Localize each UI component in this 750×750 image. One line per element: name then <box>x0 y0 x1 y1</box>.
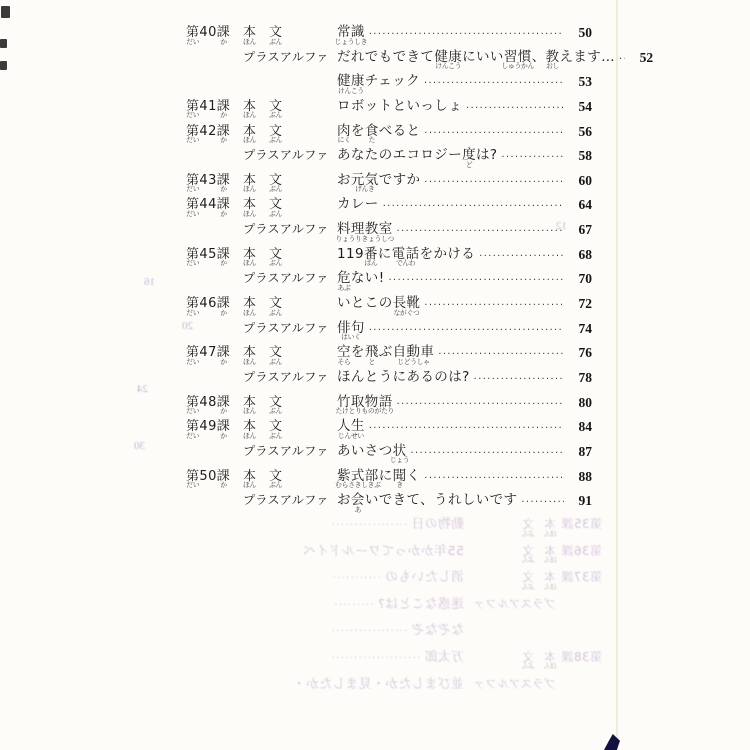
text-segment: 文ぶん <box>269 296 282 311</box>
text-segment: 文ぶん <box>269 25 282 40</box>
bleed-row: プラスアルファ迷惑なことは? <box>330 597 602 624</box>
text-segment: ロボットといっしょ <box>337 99 462 114</box>
lesson-number: 第だい46課か <box>186 296 243 311</box>
text-segment: 課か <box>217 99 230 114</box>
bleed-row: なぞなぞ <box>330 623 602 650</box>
furigana: か <box>220 211 227 218</box>
bleed-section-label: プラスアルファ <box>464 597 556 612</box>
bleed-entry-title: なぞなぞ <box>411 623 464 638</box>
dot-leader <box>369 321 564 336</box>
toc-row: プラスアルファほんとうにあるのは?78 <box>186 370 592 395</box>
furigana: だい <box>186 137 199 144</box>
lesson-number: 第だい45課か <box>186 247 243 262</box>
furigana: りょうりきょうしつ <box>336 236 394 243</box>
furigana: ぶん <box>522 557 535 564</box>
toc-row: 第だい42課か本ほん文ぶん肉にくを食たべると56 <box>186 124 592 149</box>
dot-leader <box>438 345 564 360</box>
page-number: 58 <box>566 148 592 163</box>
text-segment: 50 <box>199 469 216 484</box>
text-segment: 習慣しゅうかん <box>504 50 532 65</box>
bleed-section-label: 本ほん文ぶん <box>464 517 556 532</box>
dot-leader <box>424 173 564 188</box>
page-number: 56 <box>566 124 592 139</box>
text-segment: 第だい <box>186 395 199 410</box>
entry-title: あなたのエコロジー度どは? <box>337 148 497 163</box>
toc-row: 健康けんこうチェック53 <box>186 74 592 99</box>
furigana: だい <box>186 186 199 193</box>
bleed-row: 第37課本ほん文ぶん消したいもの <box>330 570 602 597</box>
furigana: しゅうかん <box>501 63 533 70</box>
text-segment: 本ほん <box>544 570 556 585</box>
lesson-number: 第だい43課か <box>186 173 243 188</box>
lesson-number: 第だい50課か <box>186 469 243 484</box>
page-number: 64 <box>566 197 592 212</box>
section-label: 本ほん文ぶん <box>243 247 337 262</box>
furigana: ぶん <box>522 531 535 538</box>
text-segment: 、 <box>532 50 546 65</box>
bleed-margin-number: 12 <box>556 220 567 232</box>
page-number: 91 <box>566 493 592 508</box>
page-number: 53 <box>566 74 592 89</box>
entry-title: 常識じょうしき <box>337 25 365 40</box>
table-of-contents: 第だい40課か本ほん文ぶん常識じょうしき50プラスアルファだれでもできて健康けん… <box>186 25 592 518</box>
furigana: ど <box>466 162 473 169</box>
lesson-number: 第だい42課か <box>186 124 243 139</box>
furigana: ほん <box>243 433 256 440</box>
lesson-number: 第だい44課か <box>186 197 243 212</box>
furigana: たけとりものがたり <box>336 408 394 415</box>
text-segment: 本ほん <box>243 395 256 410</box>
furigana: ほん <box>243 260 256 267</box>
bleed-entry-title: 迷惑なことは? <box>378 597 464 612</box>
section-label: 本ほん文ぶん <box>243 124 337 139</box>
furigana: だい <box>186 112 199 119</box>
lesson-number: 第だい49課か <box>186 419 243 434</box>
entry-title: 料理教室りょうりきょうしつ <box>337 222 393 237</box>
page-number: 72 <box>566 296 592 311</box>
text-segment: 課か <box>217 247 230 262</box>
entry-title: 竹取物語たけとりものがたり <box>337 395 393 410</box>
text-segment: 教おし <box>546 50 560 65</box>
text-segment: 40 <box>199 25 216 40</box>
dot-leader <box>424 74 564 89</box>
toc-row: 第だい43課か本ほん文ぶんお元気げんきですか60 <box>186 173 592 198</box>
toc-row: 第だい50課か本ほん文ぶん紫式部むらさきしきぶに聞きく88 <box>186 469 592 494</box>
toc-row: 第だい48課か本ほん文ぶん竹取物語たけとりものがたり80 <box>186 395 592 420</box>
text-segment: 本ほん <box>243 247 256 262</box>
text-segment: 空そら <box>337 345 351 360</box>
furigana: ぶん <box>269 112 282 119</box>
text-segment: 飛と <box>365 345 379 360</box>
reverse-page-bleed-through: 第35課本ほん文ぶん動物の日第36課本ほん文ぶん55年かかってワールドイベ第37… <box>330 517 602 703</box>
scanned-book-page: 第だい40課か本ほん文ぶん常識じょうしき50プラスアルファだれでもできて健康けん… <box>0 0 750 750</box>
furigana: あぶ <box>337 285 350 292</box>
paper-edge-line <box>616 0 618 750</box>
furigana: ぶん <box>269 137 282 144</box>
section-label: 本ほん文ぶん <box>243 296 337 311</box>
furigana: か <box>220 186 227 193</box>
bleed-lesson-number: 第35課 <box>556 517 602 532</box>
text-segment: 自動車じどうしゃ <box>393 345 435 360</box>
toc-row: 第だい47課か本ほん文ぶん空そらを飛とぶ自動車じどうしゃ76 <box>186 345 592 370</box>
dot-leader <box>383 197 564 212</box>
furigana: ほん <box>243 137 256 144</box>
furigana: か <box>220 310 227 317</box>
scanner-edge-mark <box>1 6 10 18</box>
furigana: だい <box>186 482 199 489</box>
dot-leader <box>424 296 564 311</box>
page-number: 88 <box>566 469 592 484</box>
entry-title: いとこの長靴ながぐつ <box>337 296 420 311</box>
toc-row: プラスアルファお会あいできて、うれしいです91 <box>186 493 592 518</box>
text-segment: 健康けんこう <box>337 74 365 89</box>
text-segment: 文ぶん <box>269 395 282 410</box>
text-segment: 文ぶん <box>522 544 534 559</box>
furigana: ほん <box>243 482 256 489</box>
furigana: じょう <box>390 457 410 464</box>
text-segment: いできて、うれしいです <box>365 493 518 508</box>
text-segment: に <box>379 469 393 484</box>
furigana: げんき <box>355 186 375 193</box>
text-segment: 竹取物語たけとりものがたり <box>337 395 393 410</box>
text-segment: チェック <box>365 74 420 89</box>
furigana: ぶん <box>269 260 282 267</box>
text-segment: いとこの <box>337 296 393 311</box>
entry-title: ほんとうにあるのは? <box>337 370 470 385</box>
text-segment: 48 <box>199 395 216 410</box>
dot-leader <box>424 124 564 139</box>
text-segment: 人生じんせい <box>337 419 365 434</box>
text-segment: 第だい <box>186 197 199 212</box>
entry-title: お会あいできて、うれしいです <box>337 493 517 508</box>
text-segment: 長靴ながぐつ <box>393 296 421 311</box>
text-segment: 46 <box>199 296 216 311</box>
text-segment: お <box>337 493 351 508</box>
bleed-dot-leader <box>332 517 407 531</box>
entry-title: 健康けんこうチェック <box>337 74 420 89</box>
bleed-row: 第36課本ほん文ぶん55年かかってワールドイベ <box>330 544 602 571</box>
text-segment: 第だい <box>186 419 199 434</box>
dot-leader <box>369 25 564 40</box>
furigana: だい <box>186 310 199 317</box>
text-segment: ぶ <box>379 345 393 360</box>
text-segment: えます… <box>559 50 615 65</box>
entry-title: 空そらを飛とぶ自動車じどうしゃ <box>337 345 434 360</box>
dot-leader <box>479 247 564 262</box>
text-segment: を <box>351 345 365 360</box>
dot-leader <box>521 493 564 508</box>
text-segment: お <box>337 173 351 188</box>
dot-leader <box>369 419 564 434</box>
text-segment: あいさつ <box>337 444 393 459</box>
furigana: だい <box>186 359 199 366</box>
text-segment: 文ぶん <box>269 173 282 188</box>
furigana: ぶん <box>269 408 282 415</box>
section-label: プラスアルファ <box>243 271 337 286</box>
text-segment: 119 <box>337 247 364 262</box>
furigana: ぶん <box>269 186 282 193</box>
section-label: 本ほん文ぶん <box>243 345 337 360</box>
text-segment: に <box>378 247 392 262</box>
entry-title: 危あぶない! <box>337 271 385 286</box>
page-number: 84 <box>566 419 592 434</box>
text-segment: あなたのエコロジー <box>337 148 462 163</box>
entry-title: 紫式部むらさきしきぶに聞きく <box>337 469 420 484</box>
text-segment: 俳句はいく <box>337 321 365 336</box>
text-segment: 危あぶ <box>337 271 351 286</box>
furigana: だい <box>186 211 199 218</box>
section-label: 本ほん文ぶん <box>243 469 337 484</box>
section-label: 本ほん文ぶん <box>243 25 337 40</box>
text-segment: 第だい <box>186 296 199 311</box>
section-label: プラスアルファ <box>243 493 337 508</box>
furigana: ぶん <box>522 663 535 670</box>
furigana: ほん <box>243 310 256 317</box>
text-segment: 課か <box>217 124 230 139</box>
furigana: ぶん <box>269 482 282 489</box>
text-segment: 第だい <box>186 124 199 139</box>
text-segment: ない! <box>351 271 385 286</box>
toc-row: プラスアルファ俳句はいく74 <box>186 321 592 346</box>
section-label: プラスアルファ <box>243 148 337 163</box>
furigana: けんこう <box>435 63 461 70</box>
text-segment: 第だい <box>186 247 199 262</box>
bleed-entry-title: 万太郎 <box>424 650 464 665</box>
text-segment: 本ほん <box>243 124 256 139</box>
bleed-margin-number: 16 <box>144 276 155 288</box>
bleed-row: 第35課本ほん文ぶん動物の日 <box>330 517 602 544</box>
bleed-margin-number: 20 <box>182 320 193 332</box>
text-segment: 健康けんこう <box>434 50 462 65</box>
text-segment: 課か <box>217 197 230 212</box>
text-segment: 本ほん <box>243 173 256 188</box>
section-label: プラスアルファ <box>243 370 337 385</box>
text-segment: 文ぶん <box>269 197 282 212</box>
furigana: ほん <box>544 531 557 538</box>
bleed-section-label: 本ほん文ぶん <box>464 544 556 559</box>
dot-leader <box>474 370 564 385</box>
text-segment: 49 <box>199 419 216 434</box>
entry-title: カレー <box>337 197 379 212</box>
entry-title: 肉にくを食たべると <box>337 124 420 139</box>
entry-title: 人生じんせい <box>337 419 365 434</box>
furigana: ほん <box>544 584 557 591</box>
furigana: だい <box>186 408 199 415</box>
text-segment: 41 <box>199 99 216 114</box>
furigana: だい <box>186 260 199 267</box>
page-number: 76 <box>566 345 592 360</box>
dot-leader <box>389 271 564 286</box>
text-segment: 本ほん <box>243 25 256 40</box>
furigana: ぶん <box>269 433 282 440</box>
toc-row: 第だい41課か本ほん文ぶんロボットといっしょ54 <box>186 99 592 124</box>
bleed-entry-title: 動物の日 <box>411 517 464 532</box>
bleed-entry-title: 55年かかってワールドイベ <box>303 544 464 559</box>
text-segment: 課か <box>217 469 230 484</box>
text-segment: 文ぶん <box>522 517 534 532</box>
furigana: ほん <box>243 186 256 193</box>
text-segment: 第だい <box>186 469 199 484</box>
bleed-margin-number: 24 <box>137 383 148 395</box>
text-segment: 42 <box>199 124 216 139</box>
page-number: 70 <box>566 271 592 286</box>
furigana: た <box>369 137 376 144</box>
text-segment: 文ぶん <box>269 124 282 139</box>
section-label: プラスアルファ <box>243 444 337 459</box>
text-segment: 45 <box>199 247 216 262</box>
furigana: むらさきしきぶ <box>335 482 380 489</box>
toc-row: プラスアルファ危あぶない!70 <box>186 271 592 296</box>
furigana: あ <box>355 507 362 514</box>
page-number: 67 <box>566 222 592 237</box>
text-segment: 44 <box>199 197 216 212</box>
furigana: か <box>220 137 227 144</box>
text-segment: は? <box>476 148 497 163</box>
furigana: ぶん <box>522 584 535 591</box>
text-segment: 第だい <box>186 99 199 114</box>
furigana: ほん <box>544 557 557 564</box>
dot-leader <box>411 444 564 459</box>
entry-title: 119番ばんに電話でんわをかける <box>337 247 475 262</box>
bleed-section-label: 本ほん文ぶん <box>464 570 556 585</box>
text-segment: カレー <box>337 197 379 212</box>
page-number: 80 <box>566 395 592 410</box>
text-segment: 課か <box>217 395 230 410</box>
lesson-number: 第だい40課か <box>186 25 243 40</box>
entry-title: お元気げんきですか <box>337 173 420 188</box>
lesson-number: 第だい41課か <box>186 99 243 114</box>
bleed-row: 第38課本ほん文ぶん万太郎 <box>330 650 602 677</box>
entry-title: だれでもできて健康けんこうにいい 習慣しゅうかん、教おしえます… <box>337 50 615 65</box>
text-segment: 本ほん <box>243 197 256 212</box>
text-segment: 紫式部むらさきしきぶ <box>337 469 379 484</box>
page-number: 52 <box>627 50 653 65</box>
page-number: 87 <box>566 444 592 459</box>
page-number: 68 <box>566 247 592 262</box>
furigana: ぶん <box>269 211 282 218</box>
dot-leader <box>619 50 625 65</box>
text-segment: を <box>351 124 365 139</box>
text-segment: をかける <box>420 247 476 262</box>
text-segment: 本ほん <box>243 99 256 114</box>
text-segment: 本ほん <box>544 517 556 532</box>
page-number: 50 <box>566 25 592 40</box>
text-segment: 第だい <box>186 345 199 360</box>
furigana: ほん <box>544 663 557 670</box>
text-segment: 常識じょうしき <box>337 25 365 40</box>
lesson-number: 第だい47課か <box>186 345 243 360</box>
text-segment: 聞き <box>393 469 407 484</box>
dot-leader <box>397 395 564 410</box>
furigana: と <box>369 359 376 366</box>
dot-leader <box>424 469 564 484</box>
section-label: 本ほん文ぶん <box>243 99 337 114</box>
text-segment: 47 <box>199 345 216 360</box>
bleed-margin-number: 30 <box>134 440 145 452</box>
furigana: だい <box>186 39 199 46</box>
furigana: ぶん <box>269 359 282 366</box>
text-segment: 文ぶん <box>269 345 282 360</box>
dot-leader <box>397 222 564 237</box>
toc-row: 第だい46課か本ほん文ぶんいとこの長靴ながぐつ72 <box>186 296 592 321</box>
text-segment: 文ぶん <box>522 570 534 585</box>
text-segment: 本ほん <box>243 419 256 434</box>
scanner-edge-mark <box>0 39 7 48</box>
toc-row: 第だい44課か本ほん文ぶんカレー64 <box>186 197 592 222</box>
page-number: 54 <box>566 99 592 114</box>
toc-row: プラスアルファだれでもできて健康けんこうにいい 習慣しゅうかん、教おしえます…5… <box>186 50 592 75</box>
text-segment: 本ほん <box>544 544 556 559</box>
furigana: ばん <box>364 260 377 267</box>
furigana: はいく <box>341 334 361 341</box>
furigana: ほん <box>243 408 256 415</box>
text-segment: 食た <box>365 124 379 139</box>
text-segment: 課か <box>217 296 230 311</box>
entry-title: 俳句はいく <box>337 321 365 336</box>
text-segment: ほんとうにあるのは? <box>337 370 470 385</box>
furigana: そら <box>337 359 350 366</box>
toc-row: プラスアルファあなたのエコロジー度どは?58 <box>186 148 592 173</box>
furigana: か <box>220 260 227 267</box>
furigana: けんこう <box>338 88 364 95</box>
bleed-lesson-number: 第36課 <box>556 544 602 559</box>
dot-leader <box>466 99 564 114</box>
text-segment: 課か <box>217 25 230 40</box>
bleed-entry-title: 並びましたか・見ましたか・ <box>292 677 464 692</box>
text-segment: 課か <box>217 173 230 188</box>
text-segment: 本ほん <box>243 469 256 484</box>
furigana: ほん <box>243 211 256 218</box>
furigana: でんわ <box>396 260 416 267</box>
section-label: プラスアルファ <box>243 50 337 65</box>
text-segment: 本ほん <box>544 650 556 665</box>
text-segment: べると <box>379 124 421 139</box>
furigana: か <box>220 408 227 415</box>
bleed-section-label: プラスアルファ <box>464 677 556 692</box>
furigana: ながぐつ <box>394 310 420 317</box>
furigana: か <box>220 482 227 489</box>
text-segment: 第だい <box>186 173 199 188</box>
section-label: プラスアルファ <box>243 222 337 237</box>
text-segment: 文ぶん <box>269 99 282 114</box>
furigana: だい <box>186 433 199 440</box>
furigana: ぶん <box>269 310 282 317</box>
text-segment: 番ばん <box>364 247 378 262</box>
section-label: 本ほん文ぶん <box>243 395 337 410</box>
text-segment: 文ぶん <box>269 419 282 434</box>
text-segment: 肉にく <box>337 124 351 139</box>
text-segment: 文ぶん <box>269 247 282 262</box>
lesson-number: 第だい48課か <box>186 395 243 410</box>
section-label: 本ほん文ぶん <box>243 197 337 212</box>
page-number: 60 <box>566 173 592 188</box>
furigana: か <box>220 433 227 440</box>
bleed-dot-leader <box>332 570 381 584</box>
furigana: じんせい <box>338 433 364 440</box>
text-segment: 度ど <box>462 148 476 163</box>
section-label: プラスアルファ <box>243 321 337 336</box>
text-segment: 状じょう <box>393 444 407 459</box>
text-segment: 料理教室りょうりきょうしつ <box>337 222 393 237</box>
text-segment: だれでもできて <box>337 50 434 65</box>
toc-row: 第だい49課か本ほん文ぶん人生じんせい84 <box>186 419 592 444</box>
text-segment: 文ぶん <box>269 469 282 484</box>
furigana: か <box>220 39 227 46</box>
furigana: ぶん <box>269 39 282 46</box>
furigana: ほん <box>243 39 256 46</box>
text-segment: 本ほん <box>243 296 256 311</box>
text-segment: 本ほん <box>243 345 256 360</box>
